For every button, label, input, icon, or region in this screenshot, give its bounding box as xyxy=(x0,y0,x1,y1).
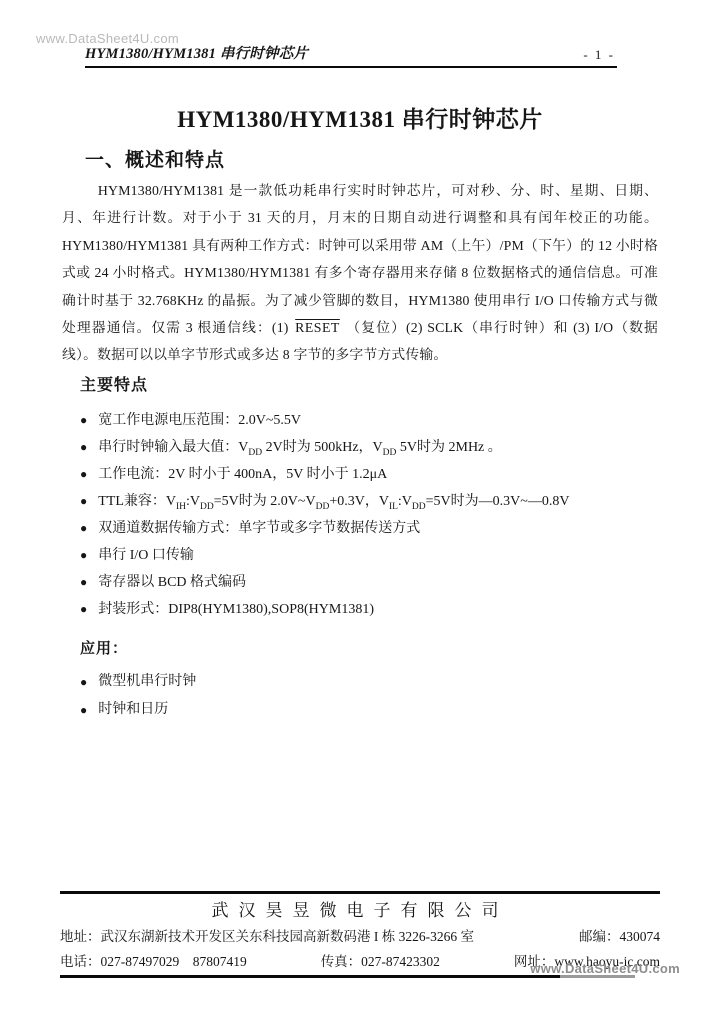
feature-item: ● 封装形式：DIP8(HYM1380),SOP8(HYM1381) xyxy=(80,600,665,619)
company-name: 武汉昊昱微电子有限公司 xyxy=(60,896,660,921)
features-section: 主要特点 ● 宽工作电源电压范围：2.0V~5.5V ● 串行时钟输入最大值：V… xyxy=(80,372,665,627)
running-header: HYM1380/HYM1381 串行时钟芯片 - 1 - xyxy=(85,42,617,68)
feature-text: 封装形式：DIP8(HYM1380),SOP8(HYM1381) xyxy=(98,600,374,619)
feature-item: ● TTL兼容：VIH:VDD=5V时为 2.0V~VDD+0.3V，VIL:V… xyxy=(80,492,665,511)
overview-paragraph: HYM1380/HYM1381 是一款低功耗串行实时时钟芯片，可对秒、分、时、星… xyxy=(62,177,658,369)
application-text: 微型机串行时钟 xyxy=(98,673,196,691)
features-list: ● 宽工作电源电压范围：2.0V~5.5V ● 串行时钟输入最大值：VDD 2V… xyxy=(80,411,665,619)
applications-section: 应用： ● 微型机串行时钟 ● 时钟和日历 xyxy=(80,637,480,729)
bullet-icon: ● xyxy=(80,411,87,430)
feature-text: TTL兼容：VIH:VDD=5V时为 2.0V~VDD+0.3V，VIL:VDD… xyxy=(98,492,569,511)
application-item: ● 时钟和日历 xyxy=(80,701,480,720)
overview-text-1: HYM1380/HYM1381 是一款低功耗串行实时时钟芯片，可对秒、分、时、星… xyxy=(62,183,658,335)
bullet-icon: ● xyxy=(80,465,87,484)
footer-address-row: 地址：武汉东湖新技术开发区关东科技园高新数码港 I 栋 3226-3266 室 … xyxy=(60,925,660,945)
features-heading: 主要特点 xyxy=(80,372,665,395)
company-address: 地址：武汉东湖新技术开发区关东科技园高新数码港 I 栋 3226-3266 室 xyxy=(60,925,474,945)
document-title: HYM1380/HYM1381 串行时钟芯片 xyxy=(0,101,720,134)
page-number: - 1 - xyxy=(583,47,617,63)
feature-text: 宽工作电源电压范围：2.0V~5.5V xyxy=(98,411,301,430)
bullet-icon: ● xyxy=(80,492,87,511)
running-header-title: HYM1380/HYM1381 串行时钟芯片 xyxy=(85,42,308,63)
reset-signal-overline: RESET xyxy=(293,320,342,335)
phone-number: 电话：027-87497029 87807419 xyxy=(60,950,247,970)
feature-text: 双通道数据传输方式：单字节或多字节数据传送方式 xyxy=(98,519,420,538)
applications-heading: 应用： xyxy=(80,637,480,658)
watermark-bottom: www.DataSheet4U.com xyxy=(530,961,680,976)
bullet-icon: ● xyxy=(80,600,87,619)
feature-text: 串行时钟输入最大值：VDD 2V时为 500kHz，VDD 5V时为 2MHz … xyxy=(98,438,502,457)
feature-item: ● 串行 I/O 口传输 xyxy=(80,546,665,565)
application-text: 时钟和日历 xyxy=(98,701,168,719)
application-item: ● 微型机串行时钟 xyxy=(80,673,480,692)
feature-item: ● 宽工作电源电压范围：2.0V~5.5V xyxy=(80,411,665,430)
feature-item: ● 双通道数据传输方式：单字节或多字节数据传送方式 xyxy=(80,519,665,538)
footer-bottom-rule-black xyxy=(60,975,560,978)
feature-text: 寄存器以 BCD 格式编码 xyxy=(98,573,246,592)
bullet-icon: ● xyxy=(80,546,87,565)
feature-text: 工作电流：2V 时小于 400nA，5V 时小于 1.2μA xyxy=(98,465,387,484)
footer-top-rule xyxy=(60,891,660,894)
overview-heading: 一、概述和特点 xyxy=(85,145,225,172)
bullet-icon: ● xyxy=(80,673,87,692)
postal-code: 邮编：430074 xyxy=(579,925,660,945)
bullet-icon: ● xyxy=(80,573,87,592)
feature-item: ● 串行时钟输入最大值：VDD 2V时为 500kHz，VDD 5V时为 2MH… xyxy=(80,438,665,457)
feature-text: 串行 I/O 口传输 xyxy=(98,546,194,565)
datasheet-page: www.DataSheet4U.com HYM1380/HYM1381 串行时钟… xyxy=(0,0,720,1012)
bullet-icon: ● xyxy=(80,438,87,457)
feature-item: ● 工作电流：2V 时小于 400nA，5V 时小于 1.2μA xyxy=(80,465,665,484)
bullet-icon: ● xyxy=(80,519,87,538)
feature-item: ● 寄存器以 BCD 格式编码 xyxy=(80,573,665,592)
fax-number: 传真：027-87423302 xyxy=(321,950,440,970)
bullet-icon: ● xyxy=(80,701,87,720)
applications-list: ● 微型机串行时钟 ● 时钟和日历 xyxy=(80,673,480,720)
